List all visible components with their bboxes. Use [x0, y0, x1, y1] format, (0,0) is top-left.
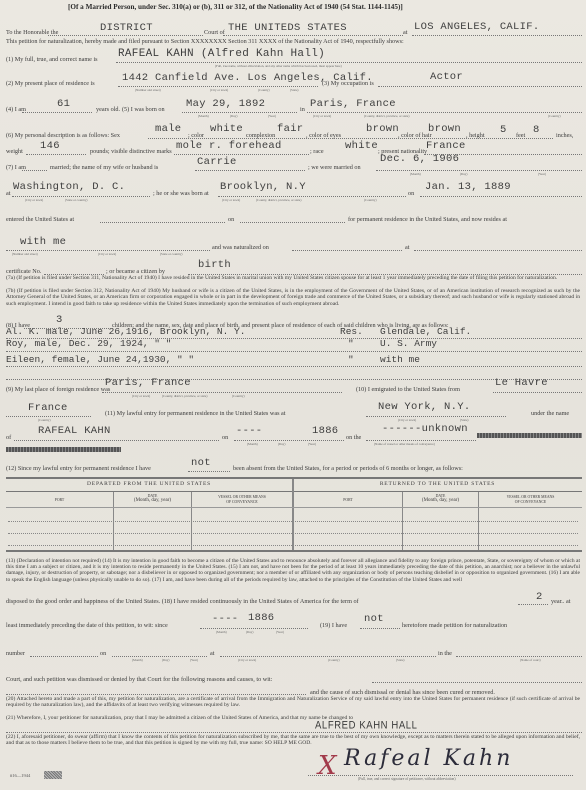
sub-state: (State or country): [160, 252, 182, 256]
declarations-13-17: (13) (Declaration of intention not requi…: [6, 558, 580, 583]
entered-suffix: for permanent residence in the United St…: [348, 216, 507, 223]
col-date-returned-sub: (Month, day, year): [403, 499, 478, 503]
full-name: RAFEAL KAHN (Alfred Kahn Hall): [118, 48, 325, 60]
table-row: [8, 521, 578, 522]
child-2-info: Roy, male, Dec. 29, 1924, " ": [6, 338, 171, 349]
child-1-residence: Glendale, Calif.: [380, 326, 471, 337]
entered-place-line: [100, 222, 225, 223]
citizen-by: birth: [198, 259, 231, 271]
q9-label: (9) My last place of foreign residence w…: [6, 386, 110, 393]
sub-country: (Country): [38, 418, 51, 422]
number-label: number: [6, 650, 25, 657]
q1-sub: (Full, true name, without abbreviation, …: [215, 64, 342, 68]
distinctive-marks: mole r. forehead: [176, 140, 282, 152]
certificate-label: certificate No.: [6, 268, 41, 275]
sub-district: (County, district, province, or state): [364, 114, 409, 118]
entry-place-line: [366, 416, 506, 417]
emigrated-from: Le Havre: [495, 377, 548, 389]
entered-label: entered the United States at: [6, 216, 74, 223]
returned-header: RETURNED TO THE UNITED STATES: [293, 482, 582, 488]
in-the-label: in the: [438, 650, 452, 657]
since-year: 1886: [248, 612, 274, 624]
table-divider: [292, 479, 294, 550]
sub-district: (County, district, province, or state): [162, 394, 207, 398]
col-vessel-returned-sub: OF CONVEYANCE: [479, 500, 582, 504]
at-label: at: [6, 190, 10, 197]
sub-city: (City or town): [132, 394, 150, 398]
sub-state: (State): [290, 88, 299, 92]
spouse-resides: with me: [20, 236, 66, 248]
birth-place-line: [307, 112, 582, 113]
sub-year: (Year): [538, 172, 546, 176]
q4-suffix: years old.: [96, 106, 120, 113]
court-label: Court of: [204, 29, 225, 36]
eyes: brown: [366, 123, 399, 135]
entry-on-label: on: [222, 434, 228, 441]
spouse-name-line: [195, 170, 305, 171]
prior-petition-line: [360, 628, 400, 629]
absence-table: DEPARTED FROM THE UNITED STATES RETURNED…: [6, 477, 582, 552]
sub-city: (City or town): [313, 114, 331, 118]
col-vessel-returned: VESSEL OR OTHER MEANS: [479, 495, 582, 499]
citizen-by-label: ; or became a citizen by: [106, 268, 165, 275]
sub-city: (City or town): [398, 418, 416, 422]
court-name: THE UNITEDS STATES: [228, 22, 347, 34]
reasons-line-2: [6, 694, 306, 695]
sub-day: (Day): [230, 114, 237, 118]
complexion: fair: [277, 123, 303, 135]
entry-year: 1886: [312, 425, 338, 437]
sub-day: (Day): [460, 172, 467, 176]
child-row-line: [6, 366, 582, 367]
nationality: France: [426, 140, 466, 152]
number-on-label: on: [100, 650, 106, 657]
sub-day: (Day): [246, 630, 253, 634]
sub-county: (County): [328, 658, 340, 662]
signature-caption: (Full, true, and correct signature of pe…: [358, 777, 456, 781]
on-label: on: [408, 190, 414, 197]
marriage-place: Washington, D. C.: [13, 181, 125, 193]
q6-label: (6) My personal description is as follow…: [6, 132, 120, 139]
spouse-birth-date: Jan. 13, 1889: [425, 181, 511, 193]
at-label: at: [403, 29, 407, 36]
resided-years: 2: [536, 591, 543, 603]
sub-county: (County): [258, 88, 270, 92]
since-date-line: [200, 628, 308, 629]
entry-place: New York, N.Y.: [378, 401, 470, 413]
marriage-date: Dec. 6, 1906: [380, 153, 459, 165]
child-3-res-label: ": [348, 354, 354, 365]
sub-state: (State): [396, 658, 405, 662]
sub-month: (Month): [410, 172, 421, 176]
entry-name-line: [14, 440, 219, 441]
sub-city: (City or town): [98, 252, 116, 256]
petition-statement: This petition for naturalization, hereby…: [6, 38, 404, 45]
sub-month: (Month): [132, 658, 143, 662]
signature-mark: X: [318, 751, 337, 781]
residence-line: [118, 86, 318, 87]
foreign-residence-line: [102, 392, 342, 393]
hair: brown: [428, 123, 461, 135]
departed-header: DEPARTED FROM THE UNITED STATES: [6, 482, 292, 488]
court-type-line: [48, 35, 203, 36]
table-divider: [6, 491, 582, 492]
weight-line: [26, 154, 86, 155]
child-row-line: [6, 351, 582, 352]
court-location-line: [412, 35, 582, 36]
in-label: in: [300, 106, 305, 113]
child-3-info: Eileen, female, June 24,1930, " ": [6, 354, 194, 365]
birth-place: Paris, France: [310, 98, 396, 110]
q1-label: (1) My full, true, and correct name is: [6, 56, 98, 63]
court-type: DISTRICT: [100, 22, 153, 34]
birth-date: May 29, 1892: [186, 98, 265, 110]
child-2-res-label: ": [348, 338, 354, 349]
spouse-birth-date-line: [420, 196, 582, 197]
sub-day: (Day): [162, 658, 169, 662]
married-blank-line: [22, 170, 47, 171]
height-feet: 5: [500, 124, 507, 136]
col-port-returned: PORT: [294, 498, 402, 502]
entry-date-line: [234, 440, 344, 441]
stamp-mark: [44, 771, 62, 779]
sub-country: (Country): [548, 114, 561, 118]
child-1-res-label: Res.: [340, 326, 363, 337]
sub-court: (Name of court): [520, 658, 541, 662]
age: 61: [57, 98, 70, 110]
entered-date-line: [240, 222, 345, 223]
married-on-label: ; we were married on: [308, 164, 361, 171]
vessel-sub: (Name of vessel or other means of convey…: [374, 442, 435, 446]
table-divider: [6, 507, 582, 508]
spouse-birthplace: Brooklyn, N.Y: [220, 181, 306, 193]
entered-on-label: on: [228, 216, 234, 223]
marks-line: [174, 154, 309, 155]
race-label: ; race: [310, 148, 324, 155]
signature-line: [308, 775, 573, 776]
sub-number-street: (Number and street): [135, 88, 161, 92]
of-label: of: [6, 434, 11, 441]
description-line: [148, 138, 553, 139]
q12-label: (12) Since my lawful entry for permanent…: [6, 465, 151, 472]
sub-country: (Country): [232, 394, 245, 398]
q19-suffix: heretofore made petition for naturalizat…: [402, 622, 507, 629]
form-title: [Of a Married Person, under Sec. 310(a) …: [68, 3, 403, 11]
color: white: [210, 123, 243, 135]
declaration-20: (20) Attached hereto and made a part of …: [6, 696, 580, 709]
prior-petition: not: [364, 613, 384, 625]
naturalized-date-line: [292, 250, 402, 251]
court-name-line: [223, 35, 403, 36]
number-at-label: at: [210, 650, 214, 657]
under-name-label: under the name: [531, 410, 569, 417]
struck-out-text: [6, 447, 121, 452]
entry-name: RAFEAL KAHN: [38, 425, 111, 437]
spouse-name: Carrie: [197, 156, 237, 168]
full-name-line: [116, 62, 582, 63]
q5-label: (5) I was born on: [122, 106, 165, 113]
col-vessel-departed: VESSEL OR OTHER MEANS: [192, 495, 292, 499]
emigrated-country: France: [28, 402, 68, 414]
sub-day: (Day): [278, 442, 285, 446]
vessel-line: [366, 440, 476, 441]
race: white: [345, 140, 378, 152]
child-2-residence: U. S. Army: [380, 338, 437, 349]
declaration-21: (21) Wherefore, I, your petitioner for n…: [6, 715, 580, 721]
absent: not: [191, 457, 211, 469]
number-date-line: [112, 656, 207, 657]
children-count: 3: [56, 314, 63, 326]
age-line: [22, 112, 92, 113]
cause-cured: and the cause of such dismissal or denia…: [310, 689, 495, 696]
col-date-departed-sub: (Month, day, year): [114, 499, 191, 503]
q18-line2: least immediately preceding the date of …: [6, 622, 168, 629]
q2-label: (2) My present place of residence is: [6, 80, 95, 87]
court-dismissed: Court, and such petition was dismissed o…: [6, 676, 272, 683]
entry-month: ----: [236, 425, 262, 437]
naturalized-label: and was naturalized on: [212, 244, 269, 251]
naturalized-place-line: [414, 250, 582, 251]
number-line: [30, 656, 98, 657]
col-vessel-departed-sub: OF CONVEYANCE: [192, 500, 292, 504]
sub-month: (Month): [198, 114, 209, 118]
q3-label: (3) My occupation is: [322, 80, 374, 87]
sub-year: (Year): [276, 630, 284, 634]
spouse-resides-line: [6, 250, 210, 251]
q12-suffix: been absent from the United States, for …: [233, 465, 463, 472]
sub-country: (Country): [364, 198, 377, 202]
sub-state: (State or country): [65, 198, 87, 202]
form-code: #16—1944: [10, 773, 30, 778]
struck-out-text: [477, 433, 582, 438]
q19-label: (19) I have: [320, 622, 347, 629]
sub-city: (City or town): [25, 198, 43, 202]
sub-district: (County, district, province, or state): [256, 198, 301, 202]
absent-line: [188, 471, 230, 472]
marriage-date-line: [376, 170, 582, 171]
marriage-place-line: [12, 196, 150, 197]
emigrated-from-line: [493, 392, 582, 393]
sub-year: (Year): [308, 442, 316, 446]
occupation: Actor: [430, 71, 463, 83]
q7b-text: (7b) (If petition is filed under Section…: [6, 288, 580, 307]
pounds-label: pounds; visible distinctive marks: [90, 148, 172, 155]
height-inches: 8: [533, 124, 540, 136]
sub-year: (Year): [268, 114, 276, 118]
declaration-22-oath: (22) I, aforesaid petitioner, do swear (…: [6, 734, 580, 747]
q18-suffix: year.. at: [551, 598, 570, 605]
table-row: [8, 533, 578, 534]
inches-label: inches,: [556, 132, 573, 139]
sex: male: [155, 123, 181, 135]
sub-month: (Month): [247, 442, 258, 446]
naturalized-at-label: at: [405, 244, 409, 251]
signature-name: Rafeal Kahn: [344, 746, 513, 771]
petitioner-signature: X Rafeal Kahn (Full, true, and correct s…: [318, 748, 578, 782]
q11-label: (11) My lawful entry for permanent resid…: [105, 410, 286, 417]
sub-year: (Year): [190, 658, 198, 662]
sub-city: (City or town): [210, 88, 228, 92]
child-1-info: Al. K. male, June 26,1916, Brooklyn, N. …: [6, 326, 245, 337]
sub-city: (City or town): [238, 658, 256, 662]
weight-label: weight: [6, 148, 23, 155]
q7a-text: (7a) (If petition is filed under Section…: [6, 275, 580, 281]
resided-years-line: [518, 604, 548, 605]
weight: 146: [40, 140, 60, 152]
child-3-residence: with me: [380, 354, 420, 365]
on-the-label: on the: [346, 434, 361, 441]
naturalization-petition-page: [Of a Married Person, under Sec. 310(a) …: [0, 0, 586, 790]
occupation-line: [378, 86, 582, 87]
vessel: ------unknown: [382, 423, 468, 435]
sub-number-street: (Number and street): [12, 252, 38, 256]
court-name-line: [456, 656, 582, 657]
spouse-born-label: ; he or she was born at: [153, 190, 209, 197]
sub-city: (City or town): [222, 198, 240, 202]
birth-date-line: [182, 112, 297, 113]
col-port-departed: PORT: [6, 498, 113, 502]
q10-label: (10) I emigrated to the United States fr…: [356, 386, 460, 393]
spouse-birthplace-line: [218, 196, 406, 197]
since-month: ----: [212, 613, 238, 625]
reasons-line: [372, 682, 582, 683]
table-row: [8, 545, 578, 546]
married-label: married; the name of my wife or husband …: [50, 164, 158, 171]
court-location: LOS ANGELES, CALIF.: [414, 21, 539, 33]
new-name-line: [6, 732, 582, 733]
new-name: ALFRED KAHN HALL: [315, 719, 418, 732]
foreign-residence: Paris, France: [105, 377, 191, 389]
sub-month: (Month): [216, 630, 227, 634]
sub-state: (State): [460, 418, 469, 422]
emigrated-country-line: [6, 416, 91, 417]
q18-prefix: disposed to the good order and happiness…: [6, 598, 359, 605]
number-place-line: [220, 656, 436, 657]
